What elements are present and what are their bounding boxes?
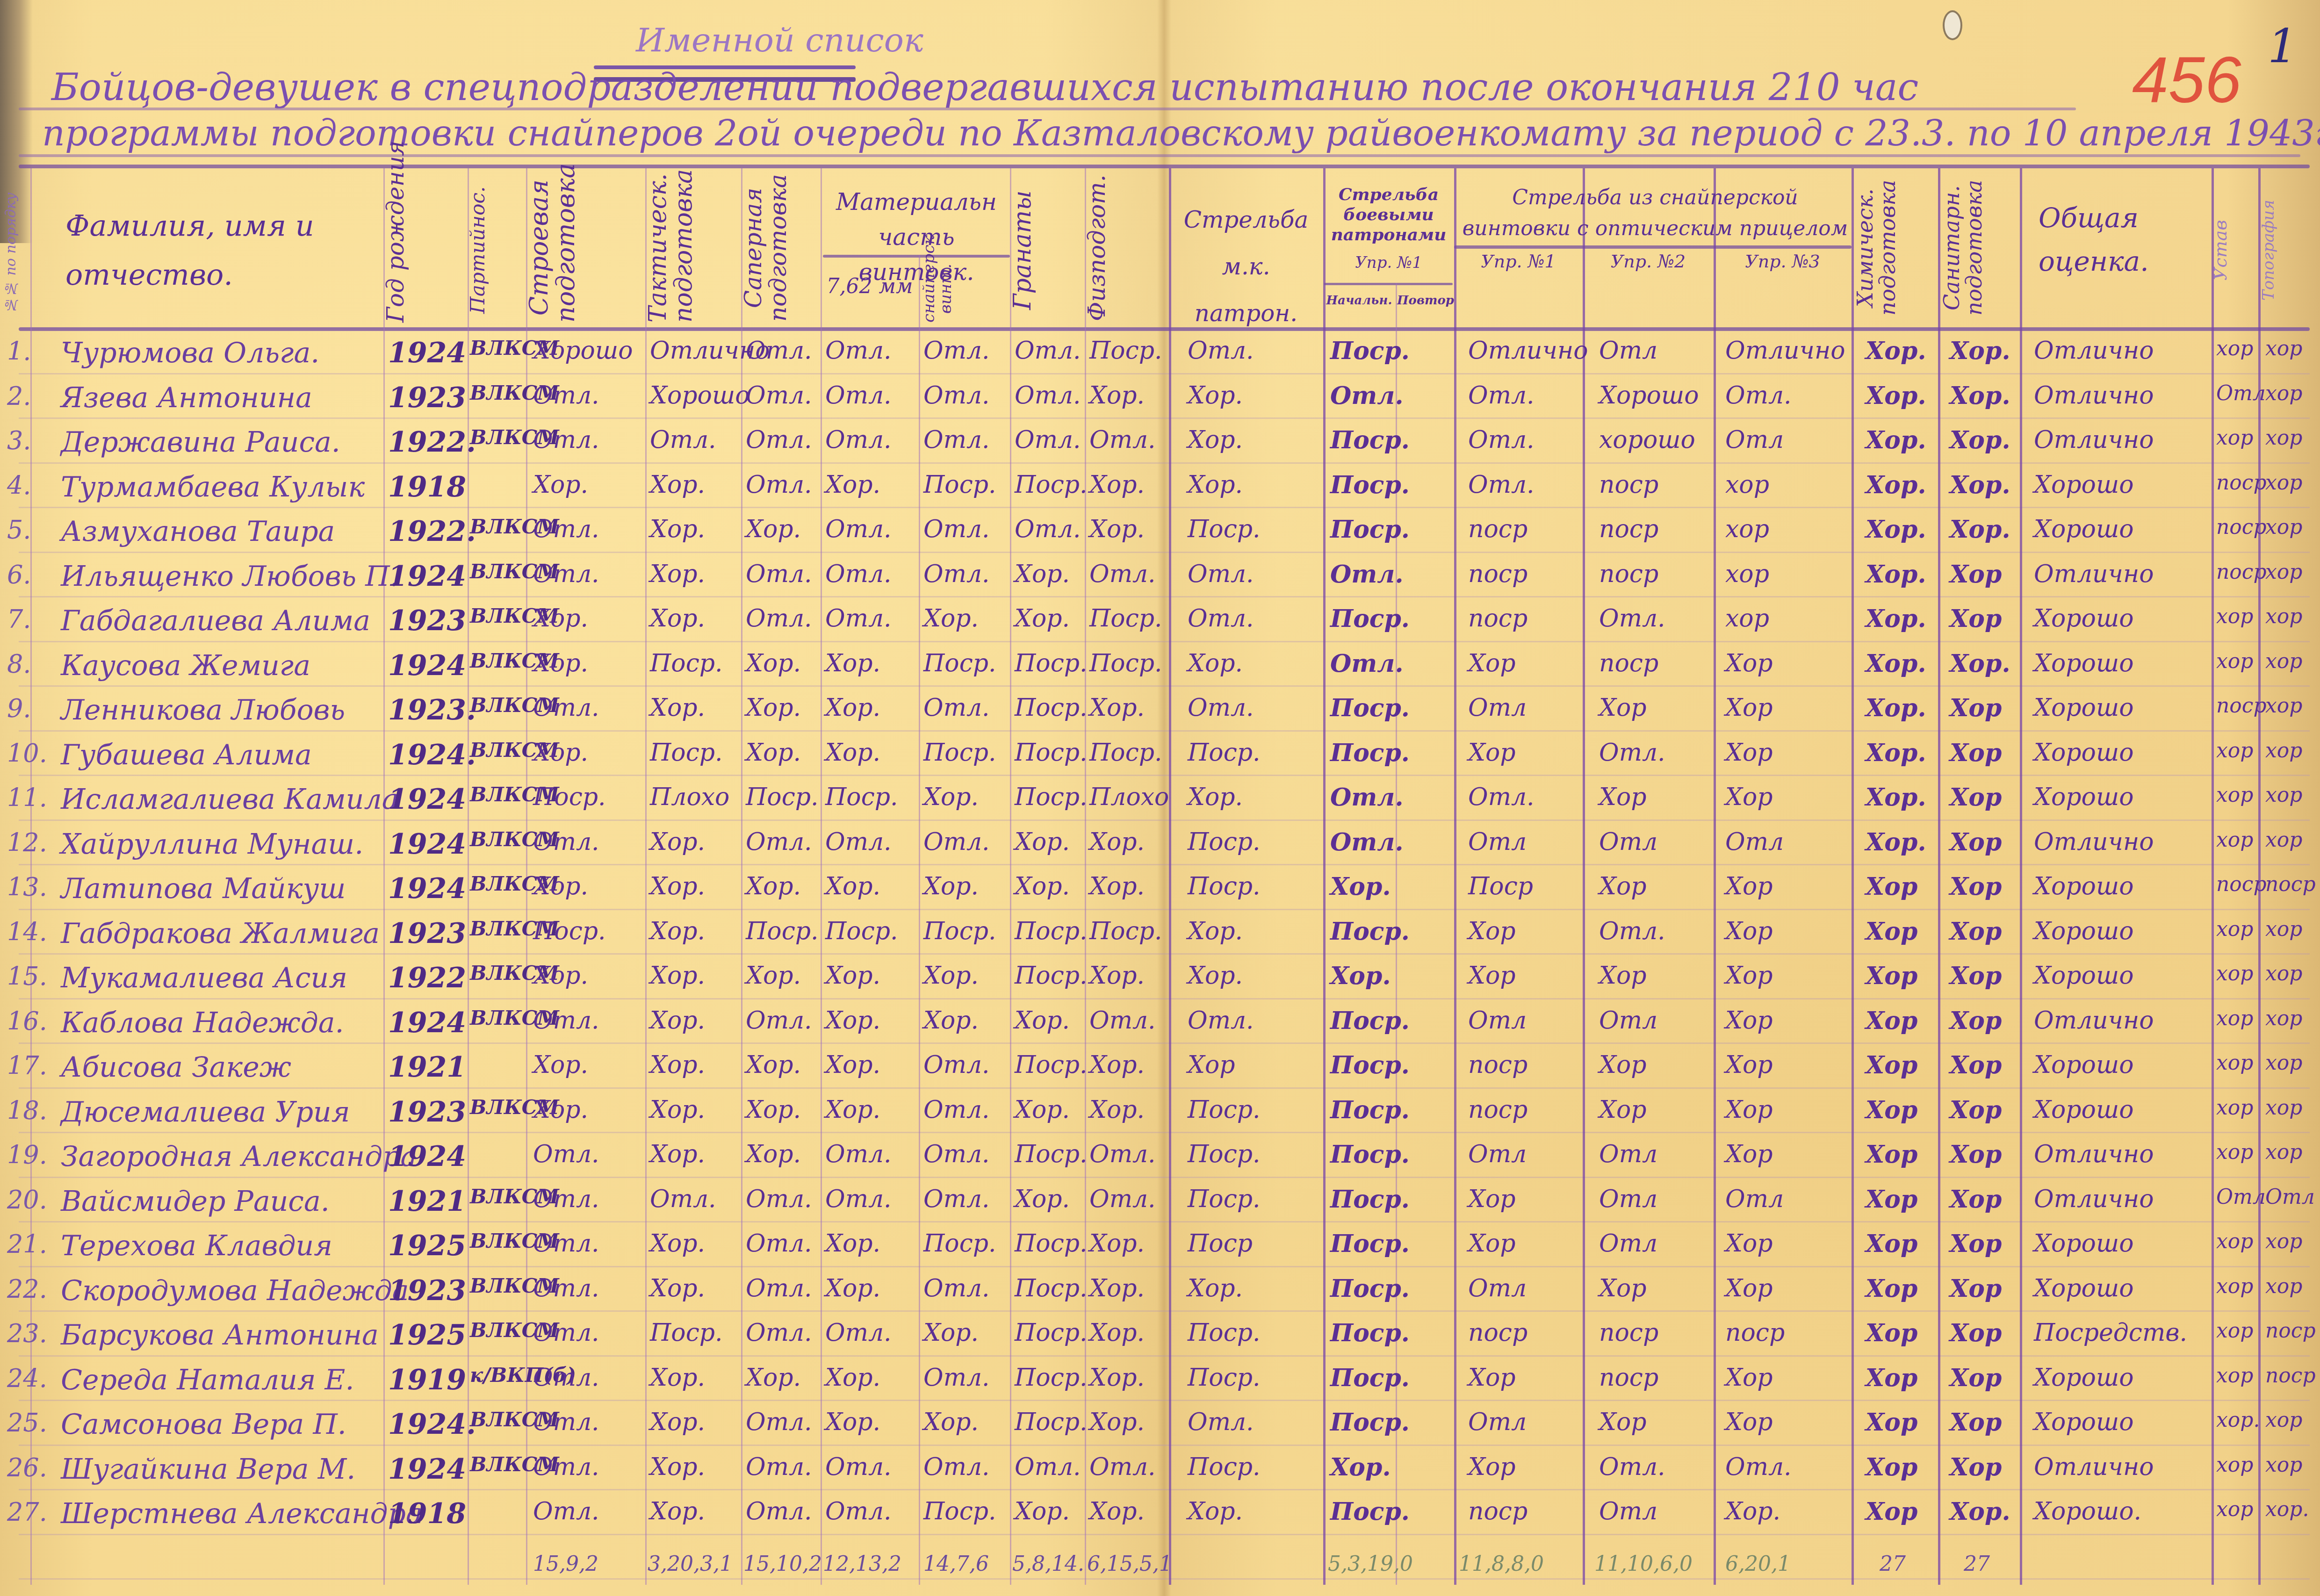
grade-tactical: Плохо [650, 783, 729, 811]
grade-sanitary: Хор [1950, 917, 2002, 946]
grade-regulations: хор [2216, 828, 2253, 852]
grade-sniper-ex2: Отл [1599, 337, 1657, 365]
row-number: 27. [7, 1497, 47, 1527]
grade-topography: хор [2265, 783, 2302, 807]
grade-chemical: Хор [1866, 962, 1917, 990]
grade-regulations: Отл [2216, 1185, 2266, 1209]
grade-physical: Хор. [1089, 381, 1145, 410]
grade-grenades: Отл. [1015, 426, 1081, 454]
birth-year: 1925 [388, 1319, 466, 1352]
ruled-line [19, 1221, 2310, 1222]
grade-rifle-sniper: Хор. [923, 872, 979, 900]
header-number: №№ по порядку [4, 192, 32, 313]
overall-grade: Отлично [2034, 1006, 2154, 1035]
row-number: 8. [7, 649, 31, 679]
grade-rifle-sniper: Хор. [923, 783, 979, 811]
grade-combat-initial: Отл. [1330, 560, 1403, 589]
grade-chemical: Хор [1866, 1229, 1917, 1258]
grade-physical: Хор. [1089, 872, 1145, 900]
column-divider [1454, 168, 1456, 1585]
grade-grenades: Хор. [1015, 828, 1070, 856]
table-top-rule [19, 165, 2310, 168]
ruled-line [19, 462, 2310, 464]
grade-rifle-sniper: Отл. [923, 381, 990, 410]
grade-sniper-ex2: Хор [1599, 962, 1647, 990]
student-name: Терехова Клавдия [61, 1229, 332, 1262]
grade-tactical: Хор. [650, 828, 705, 856]
grade-tactical: Хор. [650, 1497, 705, 1525]
grade-drill: Отл. [533, 1497, 599, 1525]
grade-regulations: хор [2216, 1274, 2253, 1298]
grade-rifle-sniper: Поср. [923, 471, 996, 499]
grade-topography: поср [2265, 872, 2316, 896]
student-name: Каблова Надежда. [61, 1006, 344, 1039]
grade-regulations: хор [2216, 1006, 2253, 1030]
total-r762: 12,13,2 [823, 1552, 901, 1576]
grade-rifle-762: Хор. [825, 1006, 880, 1035]
grade-mk-shooting: Поср. [1188, 1453, 1261, 1481]
row-number: 25. [7, 1408, 47, 1438]
column-divider [1852, 168, 1854, 1585]
grade-grenades: Поср. [1015, 739, 1088, 767]
overall-grade: Хорошо [2034, 1051, 2133, 1079]
grade-mk-shooting: Хор. [1188, 471, 1243, 499]
student-name: Чурюмова Ольга. [61, 337, 319, 369]
column-divider [821, 168, 822, 1585]
total-drill: 15,9,2 [533, 1552, 598, 1576]
grade-physical: Хор. [1089, 1408, 1145, 1436]
ruled-line [19, 1578, 2310, 1580]
grade-sniper-ex2: поср [1599, 649, 1658, 677]
grade-chemical: Хор [1866, 872, 1917, 901]
grade-chemical: Хор [1866, 1140, 1917, 1169]
grade-sniper-ex2: поср [1599, 1364, 1658, 1392]
grade-sapper: Хор. [746, 1051, 801, 1079]
grade-drill: Отл. [533, 828, 599, 856]
ruled-line [19, 1445, 2310, 1446]
grade-rifle-762: Отл. [825, 604, 892, 633]
grade-sniper-ex3: Отлично [1725, 337, 1845, 365]
grade-drill: Отл. [533, 381, 599, 410]
grade-mk-shooting: Отл. [1188, 1006, 1254, 1035]
grade-rifle-sniper: Отл. [923, 1274, 990, 1302]
grade-chemical: Хор [1866, 1453, 1917, 1481]
grade-combat-initial: Отл. [1330, 381, 1403, 410]
grade-mk-shooting: Отл. [1188, 604, 1254, 633]
grade-sniper-ex3: Хор [1725, 1140, 1773, 1168]
ruled-line [19, 1355, 2310, 1357]
grade-sapper: Отл. [746, 1274, 812, 1302]
grade-tactical: Поср. [650, 739, 723, 767]
grade-combat-initial: Поср. [1330, 1497, 1410, 1526]
header-rifle-762: 7,62 мм [823, 276, 916, 297]
grade-sapper: Хор. [746, 1096, 801, 1124]
grade-mk-shooting: Хор [1188, 1051, 1235, 1079]
grade-grenades: Поср. [1015, 471, 1088, 499]
grade-rifle-sniper: Хор. [923, 1408, 979, 1436]
grade-rifle-762: Хор. [825, 471, 880, 499]
ruled-line [19, 864, 2310, 865]
grade-drill: Отл. [533, 1274, 599, 1302]
grade-grenades: Поср. [1015, 1274, 1088, 1302]
grade-regulations: хор [2216, 649, 2253, 673]
row-number: 19. [7, 1140, 47, 1170]
grade-physical: Хор. [1089, 1096, 1145, 1124]
grade-regulations: поср [2216, 515, 2267, 539]
grade-sniper-ex3: Хор [1725, 694, 1773, 722]
header-rifle-sniper: снайперск винт. [921, 255, 1008, 323]
grade-sniper-ex2: Отл. [1599, 604, 1665, 633]
grade-drill: Отл. [533, 515, 599, 543]
grade-physical: Хор. [1089, 1364, 1145, 1392]
overall-grade: Отлично [2034, 426, 2154, 454]
ruled-line [19, 953, 2310, 955]
grade-regulations: поср [2216, 471, 2267, 495]
header-combat-initial: Начальн. [1324, 295, 1394, 307]
header-combat-shooting: Стрельба боевыми патронами [1326, 185, 1452, 245]
grade-physical: Отл. [1089, 560, 1156, 588]
grade-combat-initial: Поср. [1330, 515, 1410, 544]
grade-sniper-ex3: поср [1725, 1319, 1785, 1347]
grade-mk-shooting: Поср. [1188, 1319, 1261, 1347]
header-ex2: Упр. №2 [1583, 252, 1714, 271]
birth-year: 1923 [388, 1274, 466, 1307]
grade-rifle-sniper: Хор. [923, 962, 979, 990]
grade-mk-shooting: Поср. [1188, 828, 1261, 856]
grade-sanitary: Хор [1950, 1364, 2002, 1392]
overall-grade: Отлично [2034, 828, 2154, 856]
grade-sniper-ex1: Отл [1468, 1408, 1527, 1436]
grade-sapper: Отл. [746, 1229, 812, 1258]
header-chemical: Химическ. подготовка [1854, 173, 1936, 323]
birth-year: 1924 [388, 828, 466, 861]
grade-rifle-762: Отл. [825, 337, 892, 365]
student-name: Язева Антонина [61, 381, 312, 414]
grade-combat-initial: Хор. [1330, 962, 1391, 990]
binding-hole [1943, 10, 1962, 40]
grade-chemical: Хор. [1866, 604, 1926, 633]
grade-sapper: Поср. [746, 917, 819, 945]
grade-regulations: Отл [2216, 381, 2266, 405]
grade-sapper: Хор. [746, 1140, 801, 1168]
grade-tactical: Хор. [650, 1453, 705, 1481]
ruled-line [19, 596, 2310, 597]
grade-grenades: Поср. [1015, 1140, 1088, 1168]
column-divider [1938, 168, 1940, 1585]
overall-grade: Хорошо [2034, 694, 2133, 722]
overall-grade: Хорошо [2034, 872, 2133, 900]
student-name: Латипова Майкуш [61, 872, 346, 905]
grade-rifle-762: Хор. [825, 649, 880, 677]
grade-sniper-ex3: Отл [1725, 426, 1784, 454]
grade-combat-initial: Поср. [1330, 1319, 1410, 1347]
student-name: Хайруллина Мунаш. [61, 828, 363, 861]
grade-chemical: Хор. [1866, 471, 1926, 499]
grade-rifle-sniper: Поср. [923, 739, 996, 767]
grade-physical: Отл. [1089, 1185, 1156, 1213]
grade-tactical: Хор. [650, 471, 705, 499]
grade-sapper: Хор. [746, 515, 801, 543]
grade-topography: хор [2265, 1096, 2302, 1120]
grade-regulations: хор [2216, 337, 2253, 360]
grade-grenades: Хор. [1015, 1497, 1070, 1525]
header-topography: Топография [2261, 187, 2312, 313]
grade-physical: Хор. [1089, 828, 1145, 856]
grade-sniper-ex3: Хор [1725, 783, 1773, 811]
grade-sapper: Отл. [746, 1453, 812, 1481]
row-number: 13. [7, 872, 47, 902]
grade-rifle-sniper: Отл. [923, 1185, 990, 1213]
grade-physical: Отл. [1089, 1006, 1156, 1035]
overall-grade: Хорошо [2034, 604, 2133, 633]
grade-sniper-ex1: поср [1468, 515, 1527, 543]
ruled-line [19, 1132, 2310, 1133]
grade-sniper-ex3: хор [1725, 604, 1769, 633]
header-combat-ex1: Упр. №1 [1326, 255, 1452, 272]
grade-sniper-ex3: хор [1725, 471, 1769, 499]
grade-grenades: Поср. [1015, 917, 1088, 945]
grade-combat-initial: Поср. [1330, 1274, 1410, 1303]
grade-sniper-ex1: Отл [1468, 828, 1527, 856]
grade-grenades: Хор. [1015, 872, 1070, 900]
ruled-line [19, 507, 2310, 508]
header-name: Фамилия, имя и отчество. [65, 201, 355, 300]
student-name: Шерстнева Александра [61, 1497, 423, 1530]
grade-sanitary: Хор. [1950, 381, 2010, 410]
grade-sniper-ex3: Отл. [1725, 381, 1792, 410]
birth-year: 1922. [388, 515, 476, 548]
overall-grade: Хорошо [2034, 515, 2133, 543]
grade-sniper-ex3: Хор [1725, 872, 1773, 900]
grade-regulations: хор [2216, 1497, 2253, 1521]
grade-chemical: Хор [1866, 1364, 1917, 1392]
grade-rifle-sniper: Отл. [923, 828, 990, 856]
grade-sniper-ex1: Хор [1468, 1453, 1516, 1481]
grade-sanitary: Хор. [1950, 515, 2010, 544]
overall-grade: Хорошо [2034, 1364, 2133, 1392]
student-name: Загородная Александра [61, 1140, 417, 1173]
column-divider [1583, 168, 1585, 1585]
grade-tactical: Поср. [650, 1319, 723, 1347]
overall-grade: Хорошо. [2034, 1497, 2141, 1525]
grade-drill: Хор. [533, 1051, 588, 1079]
grade-sniper-ex2: Хор [1599, 783, 1647, 811]
grade-mk-shooting: Поср. [1188, 1185, 1261, 1213]
header-physical: Физподгот. [1085, 173, 1164, 323]
grade-rifle-sniper: Отл. [923, 1140, 990, 1168]
birth-year: 1918 [388, 1497, 466, 1530]
grade-regulations: хор [2216, 962, 2253, 985]
grade-sapper: Отл. [746, 1319, 812, 1347]
student-name: Каусова Жемига [61, 649, 310, 682]
grade-topography: хор [2265, 337, 2302, 360]
column-divider [2020, 168, 2022, 1585]
birth-year: 1925 [388, 1229, 466, 1262]
archive-page-number: 456 [2132, 42, 2241, 118]
grade-sniper-ex3: Отл [1725, 828, 1784, 856]
grade-regulations: хор [2216, 1319, 2253, 1343]
grade-regulations: хор [2216, 1051, 2253, 1075]
grade-sniper-ex3: Хор [1725, 1229, 1773, 1258]
grade-chemical: Хор. [1866, 515, 1926, 544]
header-tactical: Тактическ. подготовка [645, 173, 741, 323]
grade-topography: хор [2265, 471, 2302, 495]
total-rsn: 14,7,6 [923, 1552, 989, 1576]
grade-sapper: Хор. [746, 694, 801, 722]
grade-physical: Хор. [1089, 694, 1145, 722]
grade-chemical: Хор. [1866, 783, 1926, 812]
row-number: 4. [7, 471, 31, 500]
ruled-line [19, 1087, 2310, 1089]
grade-sanitary: Хор [1950, 828, 2002, 856]
total-e2: 11,10,6,0 [1594, 1552, 1693, 1576]
grade-tactical: Хор. [650, 1051, 705, 1079]
grade-chemical: Хор [1866, 1497, 1917, 1526]
grade-combat-initial: Поср. [1330, 1096, 1410, 1124]
grade-sanitary: Хор [1950, 560, 2002, 589]
grade-combat-initial: Поср. [1330, 1006, 1410, 1035]
row-number: 2. [7, 381, 31, 411]
student-name: Шугайкина Вера М. [61, 1453, 355, 1486]
grade-sniper-ex2: Отл. [1599, 739, 1665, 767]
grade-rifle-sniper: Хор. [923, 604, 979, 633]
row-number: 24. [7, 1364, 47, 1393]
grade-combat-initial: Хор. [1330, 1453, 1391, 1481]
grade-tactical: Хор. [650, 604, 705, 633]
grade-tactical: Хор. [650, 1364, 705, 1392]
grade-drill: Хор. [533, 604, 588, 633]
birth-year: 1923 [388, 604, 466, 637]
grade-sapper: Отл. [746, 1497, 812, 1525]
grade-sanitary: Хор [1950, 604, 2002, 633]
header-drill: Строевая подготовка [526, 173, 645, 323]
grade-rifle-762: Хор. [825, 1364, 880, 1392]
grade-drill: Поср. [533, 917, 606, 945]
grade-grenades: Поср. [1015, 962, 1088, 990]
grade-sniper-ex3: хор [1725, 560, 1769, 588]
total-tact: 3,20,3,1 [648, 1552, 733, 1576]
ruled-line [19, 1489, 2310, 1490]
grade-sanitary: Хор [1950, 1319, 2002, 1347]
student-name: Барсукова Антонина [61, 1319, 379, 1352]
grade-sniper-ex2: Отл [1599, 1185, 1657, 1213]
grade-rifle-762: Хор. [825, 1096, 880, 1124]
grade-drill: Отл. [533, 1185, 599, 1213]
birth-year: 1924. [388, 739, 476, 771]
student-name: Середа Наталия Е. [61, 1364, 354, 1396]
grade-sniper-ex2: Отл. [1599, 917, 1665, 945]
birth-year: 1921 [388, 1051, 466, 1084]
subtitle-rule [19, 108, 2076, 110]
total-san: 27 [1964, 1552, 1990, 1576]
grade-regulations: хор [2216, 1096, 2253, 1120]
grade-mk-shooting: Хор. [1188, 426, 1243, 454]
grade-physical: Хор. [1089, 1051, 1145, 1079]
grade-sniper-ex1: Отл. [1468, 783, 1535, 811]
grade-physical: Хор. [1089, 1229, 1145, 1258]
grade-sniper-ex1: Хор [1468, 1364, 1516, 1392]
grade-drill: Хор. [533, 739, 588, 767]
sniper-subheader-rule [1454, 245, 1852, 249]
grade-rifle-sniper: Отл. [923, 1364, 990, 1392]
student-name: Габдракова Жалмига [61, 917, 380, 950]
grade-regulations: хор [2216, 604, 2253, 628]
grade-tactical: Хор. [650, 917, 705, 945]
grade-sapper: Отл. [746, 426, 812, 454]
birth-year: 1924 [388, 783, 466, 816]
grade-mk-shooting: Отл. [1188, 1408, 1254, 1436]
grade-physical: Хор. [1089, 471, 1145, 499]
grade-rifle-sniper: Отл. [923, 515, 990, 543]
grade-combat-initial: Поср. [1330, 1051, 1410, 1079]
row-number: 15. [7, 962, 47, 991]
student-name: Турмамбаева Кулык [61, 471, 365, 503]
overall-grade: Отлично [2034, 1185, 2154, 1213]
ruled-line [19, 552, 2310, 553]
grade-sniper-ex1: Хор [1468, 1229, 1516, 1258]
grade-tactical: Хор. [650, 694, 705, 722]
grade-rifle-762: Хор. [825, 1274, 880, 1302]
row-number: 3. [7, 426, 31, 455]
grade-topography: хор [2265, 1453, 2302, 1477]
grade-tactical: Хор. [650, 962, 705, 990]
grade-topography: хор [2265, 604, 2302, 628]
grade-mk-shooting: Поср. [1188, 1140, 1261, 1168]
ruled-line [19, 1042, 2310, 1044]
ruled-line [19, 730, 2310, 732]
grade-sniper-ex1: Отл. [1468, 381, 1535, 410]
student-name: Державина Раиса. [61, 426, 340, 459]
grade-sanitary: Хор. [1950, 471, 2010, 499]
grade-sanitary: Хор [1950, 1274, 2002, 1303]
grade-combat-initial: Поср. [1330, 694, 1410, 722]
document-subtitle-line1: Бойцов-девушек в спецподразделении подве… [51, 65, 1918, 109]
grade-tactical: Хор. [650, 1096, 705, 1124]
grade-topography: хор [2265, 1274, 2302, 1298]
grade-sapper: Хор. [746, 739, 801, 767]
overall-grade: Хорошо [2034, 649, 2133, 677]
ruled-line [19, 685, 2310, 687]
grade-sniper-ex2: Отл [1599, 1497, 1657, 1525]
grade-sanitary: Хор. [1950, 1497, 2010, 1526]
grade-mk-shooting: Хор. [1188, 649, 1243, 677]
grade-rifle-sniper: Отл. [923, 337, 990, 365]
column-divider [1010, 168, 1011, 1585]
grade-mk-shooting: Поср [1188, 1229, 1253, 1258]
overall-grade: Отлично [2034, 337, 2154, 365]
grade-topography: хор [2265, 828, 2302, 852]
column-divider [2212, 168, 2214, 1585]
total-sap: 15,10,2 [743, 1552, 822, 1576]
grade-sniper-ex1: Поср [1468, 872, 1533, 900]
grade-combat-initial: Поср. [1330, 1140, 1410, 1169]
total-e1: 11,8,8,0 [1459, 1552, 1544, 1576]
grade-sniper-ex1: Отл [1468, 1140, 1527, 1168]
overall-grade: Хорошо [2034, 471, 2133, 499]
grade-physical: Поср. [1089, 649, 1162, 677]
grade-mk-shooting: Поср. [1188, 1096, 1261, 1124]
grade-sanitary: Хор [1950, 1006, 2002, 1035]
grade-regulations: хор [2216, 739, 2253, 762]
grade-tactical: Хор. [650, 1274, 705, 1302]
student-name: Мукамалиева Асия [61, 962, 347, 994]
row-number: 5. [7, 515, 31, 545]
grade-sanitary: Хор [1950, 1453, 2002, 1481]
ruled-line [19, 1310, 2310, 1312]
grade-rifle-762: Отл. [825, 1497, 892, 1525]
grade-combat-initial: Поср. [1330, 604, 1410, 633]
grade-sniper-ex3: Хор [1725, 1408, 1773, 1436]
